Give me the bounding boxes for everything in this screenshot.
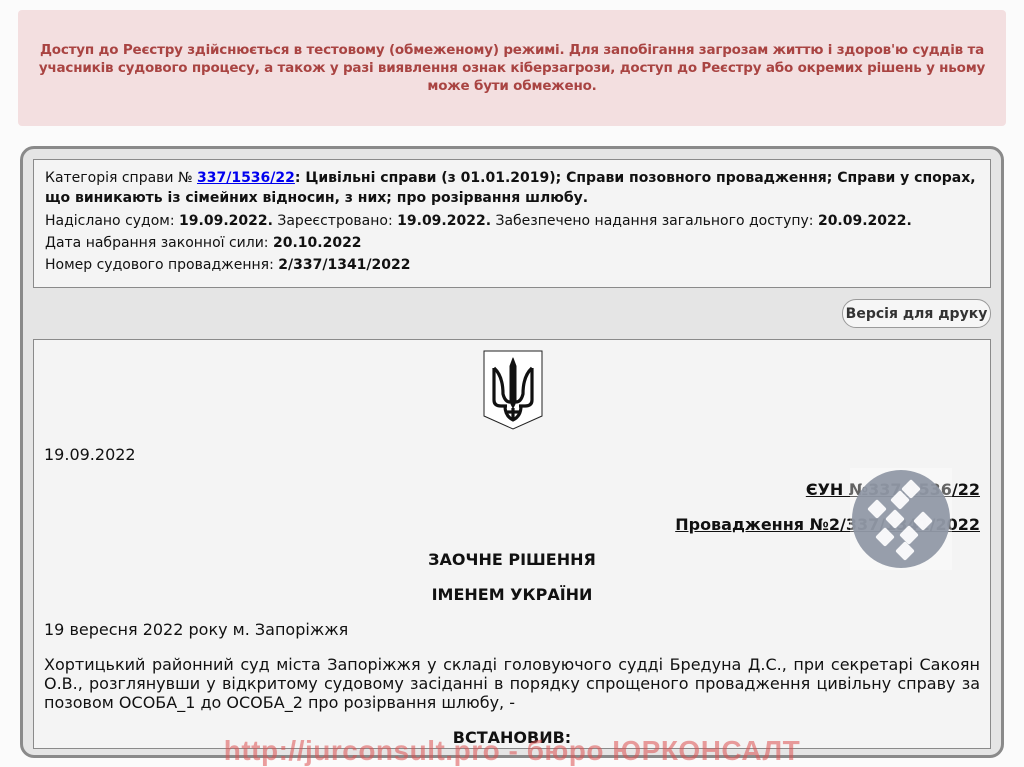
decision-title: ЗАОЧНЕ РІШЕННЯ	[34, 550, 990, 569]
warning-text: Доступ до Реєстру здійснюється в тестово…	[34, 41, 990, 95]
place-and-date: 19 вересня 2022 року м. Запоріжжя	[44, 620, 348, 639]
proceeding-number: Номер судового провадження: 2/337/1341/2…	[45, 254, 979, 276]
registry-warning-banner: Доступ до Реєстру здійснюється в тестово…	[18, 10, 1006, 126]
decision-intro-paragraph: Хортицький районний суд міста Запоріжжя …	[44, 655, 980, 712]
effective-date: Дата набрання законної сили: 20.10.2022	[45, 232, 979, 254]
case-info-box: Категорія справи № 337/1536/22: Цивільні…	[33, 159, 991, 288]
case-number-link[interactable]: 337/1536/22	[197, 170, 295, 186]
coat-of-arms-icon	[483, 350, 543, 430]
print-version-button[interactable]: Версія для друку	[842, 299, 991, 328]
decision-subtitle: ІМЕНЕМ УКРАЇНИ	[34, 585, 990, 604]
document-body: 19.09.2022 ЄУН №337/1536/22 Провадження …	[33, 339, 991, 749]
case-category: Категорія справи № 337/1536/22: Цивільні…	[45, 168, 979, 208]
decision-panel: Категорія справи № 337/1536/22: Цивільні…	[20, 146, 1004, 758]
share-widget-icon[interactable]	[850, 468, 952, 570]
case-dates: Надіслано судом: 19.09.2022. Зареєстрова…	[45, 210, 979, 232]
decision-date: 19.09.2022	[44, 445, 136, 464]
watermark-text: http://jurconsult.pro - бюро ЮРКОНСАЛТ	[0, 734, 1024, 767]
